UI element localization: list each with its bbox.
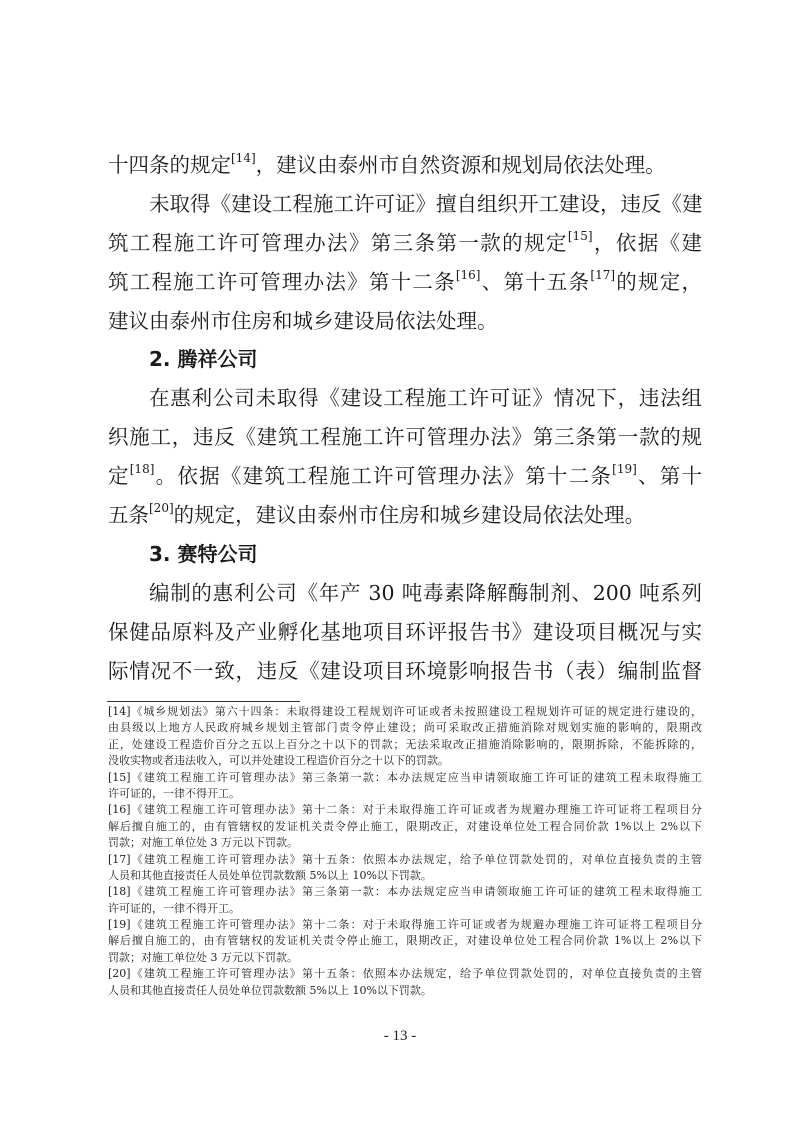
footnotes: [14]《城乡规划法》第六十四条：未取得建设工程规划许可证或者未按照建设工程规划… xyxy=(108,704,702,999)
paragraph-line: 际情况不一致，违反《建设项目环境影响报告书（表）编制监督 xyxy=(108,652,702,691)
text-run: 。依据《建筑工程施工许可管理办法》第十二条 xyxy=(154,464,612,488)
section-heading-tengxiang: 2. 腾祥公司 xyxy=(108,340,702,379)
footnote-19-line: 解后擅自施工的，由有管辖权的发证机关责令停止施工，限期改正，对建设单位处工程合同… xyxy=(108,933,702,949)
text-run: 、第十五条 xyxy=(480,270,590,294)
text-run: ，建议由泰州市自然资源和规划局依法处理。 xyxy=(256,153,666,177)
footnote-14-line: [14]《城乡规划法》第六十四条：未取得建设工程规划许可证或者未按照建设工程规划… xyxy=(108,704,702,720)
footnote-14-line: 正，处建设工程造价百分之五以上百分之十以下的罚款；无法采取改正措施消除影响的，限… xyxy=(108,737,702,753)
paragraph-line: 筑工程施工许可管理办法》第三条第一款的规定[15]，依据《建 xyxy=(108,224,702,263)
text-run: 的规定，建议由泰州市住房和城乡建设局依法处理。 xyxy=(174,503,646,527)
footnote-ref-19[interactable]: [19] xyxy=(612,462,637,476)
footnote-15-line: [15]《建筑工程施工许可管理办法》第三条第一款：本办法规定应当申请领取施工许可… xyxy=(108,770,702,786)
text-run: 的规定， xyxy=(615,270,702,294)
text-run: 定 xyxy=(108,464,130,488)
paragraph-continuation-line: 十四条的规定[14]，建议由泰州市自然资源和规划局依法处理。 xyxy=(108,146,702,185)
footnote-15-line: 许可证的，一律不得开工。 xyxy=(108,786,702,802)
footnote-19-line: 罚款；对施工单位处 3 万元以下罚款。 xyxy=(108,950,702,966)
footnote-ref-18[interactable]: [18] xyxy=(130,462,155,476)
footnote-18-line: [18]《建筑工程施工许可管理办法》第三条第一款：本办法规定应当申请领取施工许可… xyxy=(108,884,702,900)
footnote-17-line: [17]《建筑工程施工许可管理办法》第十五条：依照本办法规定，给予单位罚款处罚的… xyxy=(108,852,702,868)
footnote-ref-20[interactable]: [20] xyxy=(149,501,174,515)
text-run: 筑工程施工许可管理办法》第十二条 xyxy=(108,270,456,294)
footnote-14-line: 由县级以上地方人民政府城乡规划主管部门责令停止建设；尚可采取改正措施消除对规划实… xyxy=(108,720,702,736)
text-run: ，依据《建 xyxy=(593,231,703,255)
text-run: 十四条的规定 xyxy=(108,153,231,177)
footnote-14-line: 没收实物或者违法收入，可以并处建设工程造价百分之十以下的罚款。 xyxy=(108,753,702,769)
paragraph-line: 未取得《建设工程施工许可证》擅自组织开工建设，违反《建 xyxy=(108,185,702,224)
paragraph-line: 织施工，违反《建筑工程施工许可管理办法》第三条第一款的规 xyxy=(108,418,702,457)
paragraph-line: 保健品原料及产业孵化基地项目环评报告书》建设项目概况与实 xyxy=(108,613,702,652)
footnote-20-line: [20]《建筑工程施工许可管理办法》第十五条：依照本办法规定，给予单位罚款处罚的… xyxy=(108,966,702,982)
text-run: 五条 xyxy=(108,503,149,527)
footnote-ref-15[interactable]: [15] xyxy=(568,229,593,243)
text-run: 筑工程施工许可管理办法》第三条第一款的规定 xyxy=(108,231,568,255)
footnote-18-line: 许可证的，一律不得开工。 xyxy=(108,901,702,917)
paragraph-line: 定[18]。依据《建筑工程施工许可管理办法》第十二条[19]、第十 xyxy=(108,457,702,496)
footnote-16-line: 罚款；对施工单位处 3 万元以下罚款。 xyxy=(108,835,702,851)
footnote-ref-16[interactable]: [16] xyxy=(456,268,481,282)
paragraph-line: 编制的惠利公司《年产 30 吨毒素降解酶制剂、200 吨系列 xyxy=(108,574,702,613)
footnote-16-line: 解后擅自施工的，由有管辖权的发证机关责令停止施工，限期改正，对建设单位处工程合同… xyxy=(108,819,702,835)
page-number: - 13 - xyxy=(0,1028,800,1045)
footnote-20-line: 人员和其他直接责任人员处单位罚款数额 5%以上 10%以下罚款。 xyxy=(108,983,702,999)
footnote-ref-17[interactable]: [17] xyxy=(590,268,615,282)
paragraph-line: 建议由泰州市住房和城乡建设局依法处理。 xyxy=(108,302,702,341)
footnote-ref-14[interactable]: [14] xyxy=(231,151,256,165)
paragraph-line: 筑工程施工许可管理办法》第十二条[16]、第十五条[17]的规定， xyxy=(108,263,702,302)
document-page: 十四条的规定[14]，建议由泰州市自然资源和规划局依法处理。 未取得《建设工程施… xyxy=(0,0,800,1131)
section-heading-saite: 3. 赛特公司 xyxy=(108,535,702,574)
footnote-separator xyxy=(107,701,300,702)
footnote-17-line: 人员和其他直接责任人员处单位罚款数额 5%以上 10%以下罚款。 xyxy=(108,868,702,884)
text-run: 、第十 xyxy=(637,464,702,488)
footnote-16-line: [16]《建筑工程施工许可管理办法》第十二条：对于未取得施工许可证或者为规避办理… xyxy=(108,802,702,818)
footnote-19-line: [19]《建筑工程施工许可管理办法》第十二条：对于未取得施工许可证或者为规避办理… xyxy=(108,917,702,933)
body-text: 十四条的规定[14]，建议由泰州市自然资源和规划局依法处理。 未取得《建设工程施… xyxy=(108,146,702,690)
paragraph-line: 在惠利公司未取得《建设工程施工许可证》情况下，违法组 xyxy=(108,379,702,418)
paragraph-line: 五条[20]的规定，建议由泰州市住房和城乡建设局依法处理。 xyxy=(108,496,702,535)
